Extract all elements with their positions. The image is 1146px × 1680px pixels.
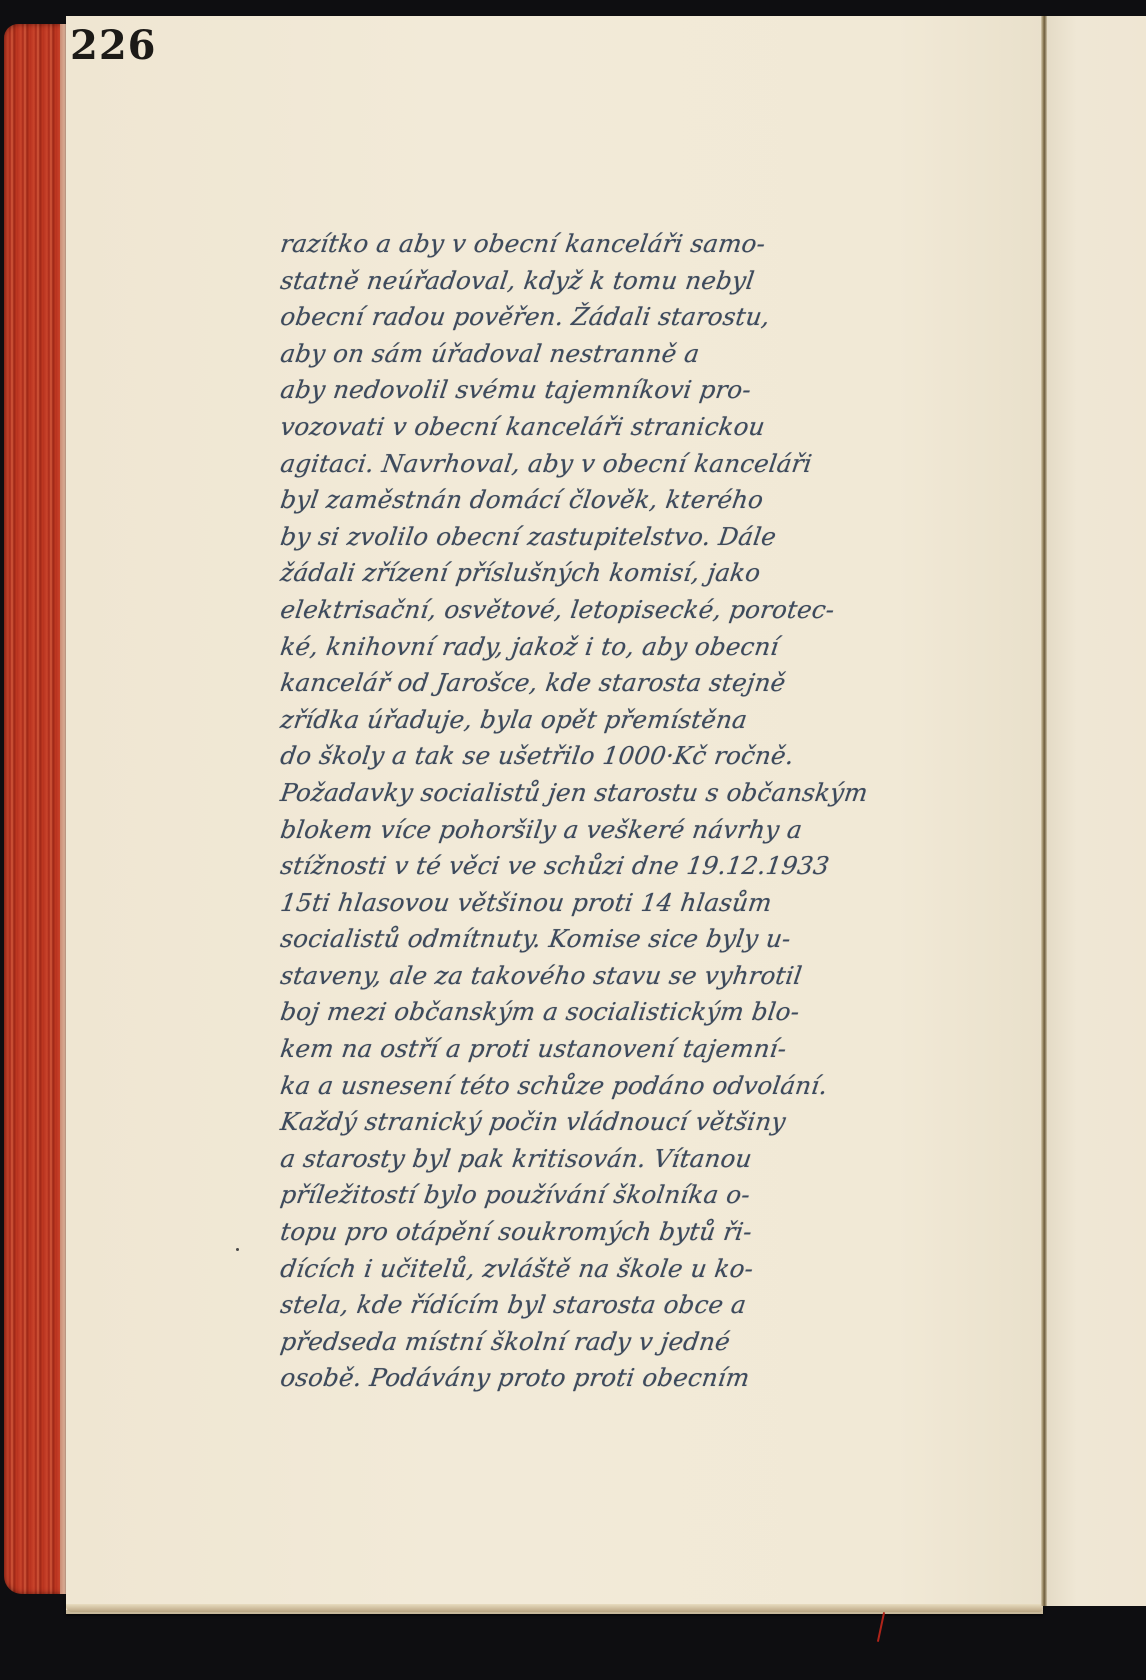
- text-line: 15ti hlasovou většinou proti 14 hlasům: [278, 885, 953, 922]
- text-line: dících i učitelů, zvláště na škole u ko-: [278, 1251, 953, 1288]
- text-line: aby on sám úřadoval nestranně a: [278, 336, 953, 373]
- text-line: Každý stranický počin vládnoucí většiny: [278, 1104, 953, 1141]
- text-line: topu pro otápění soukromých bytů ři-: [278, 1214, 953, 1251]
- ink-dot-mark: [236, 1248, 239, 1251]
- text-line: vozovati v obecní kanceláři stranickou: [278, 409, 953, 446]
- text-line: kem na ostří a proti ustanovení tajemní-: [278, 1031, 953, 1068]
- text-line: blokem více pohoršily a veškeré návrhy a: [278, 812, 953, 849]
- text-line: osobě. Podávány proto proti obecním: [278, 1360, 953, 1397]
- page-number: 226: [70, 22, 157, 69]
- text-line: obecní radou pověřen. Žádali starostu,: [278, 299, 953, 336]
- text-line: staveny, ale za takového stavu se vyhrot…: [278, 958, 953, 995]
- red-bookmark-thread: [877, 1612, 885, 1642]
- text-line: ka a usnesení této schůze podáno odvolán…: [278, 1068, 953, 1105]
- text-line: a starosty byl pak kritisován. Vítanou: [278, 1141, 953, 1178]
- text-line: statně neúřadoval, když k tomu nebyl: [278, 263, 953, 300]
- page-bottom-edge: [66, 1604, 1043, 1612]
- text-line: žádali zřízení příslušných komisí, jako: [278, 555, 953, 592]
- text-line: agitaci. Navrhoval, aby v obecní kancelá…: [278, 446, 953, 483]
- text-line: razítko a aby v obecní kanceláři samo-: [278, 226, 953, 263]
- text-line: aby nedovolil svému tajemníkovi pro-: [278, 372, 953, 409]
- text-line: stela, kde řídícím byl starosta obce a: [278, 1287, 953, 1324]
- book-scan: 226 razítko a aby v obecní kanceláři sam…: [0, 0, 1146, 1680]
- text-line: byl zaměstnán domácí člověk, kterého: [278, 482, 953, 519]
- text-line: socialistů odmítnuty. Komise sice byly u…: [278, 921, 953, 958]
- text-line: zřídka úřaduje, byla opět přemístěna: [278, 702, 953, 739]
- text-line: příležitostí bylo používání školníka o-: [278, 1177, 953, 1214]
- handwritten-text-block: razítko a aby v obecní kanceláři samo- s…: [278, 226, 948, 1397]
- text-line: boj mezi občanským a socialistickým blo-: [278, 994, 953, 1031]
- text-line: elektrisační, osvětové, letopisecké, por…: [278, 592, 953, 629]
- text-line: Požadavky socialistů jen starostu s obča…: [278, 775, 953, 812]
- red-page-edges: [4, 24, 66, 1594]
- text-line: by si zvolilo obecní zastupitelstvo. Dál…: [278, 519, 953, 556]
- text-line: předseda místní školní rady v jedné: [278, 1324, 953, 1361]
- text-line: stížnosti v té věci ve schůzi dne 19.12.…: [278, 848, 953, 885]
- text-line: do školy a tak se ušetřilo 1000·Kč ročně…: [278, 738, 953, 775]
- text-line: ké, knihovní rady, jakož i to, aby obecn…: [278, 629, 953, 666]
- text-line: kancelář od Jarošce, kde starosta stejně: [278, 665, 953, 702]
- right-page-sliver: [1047, 16, 1146, 1606]
